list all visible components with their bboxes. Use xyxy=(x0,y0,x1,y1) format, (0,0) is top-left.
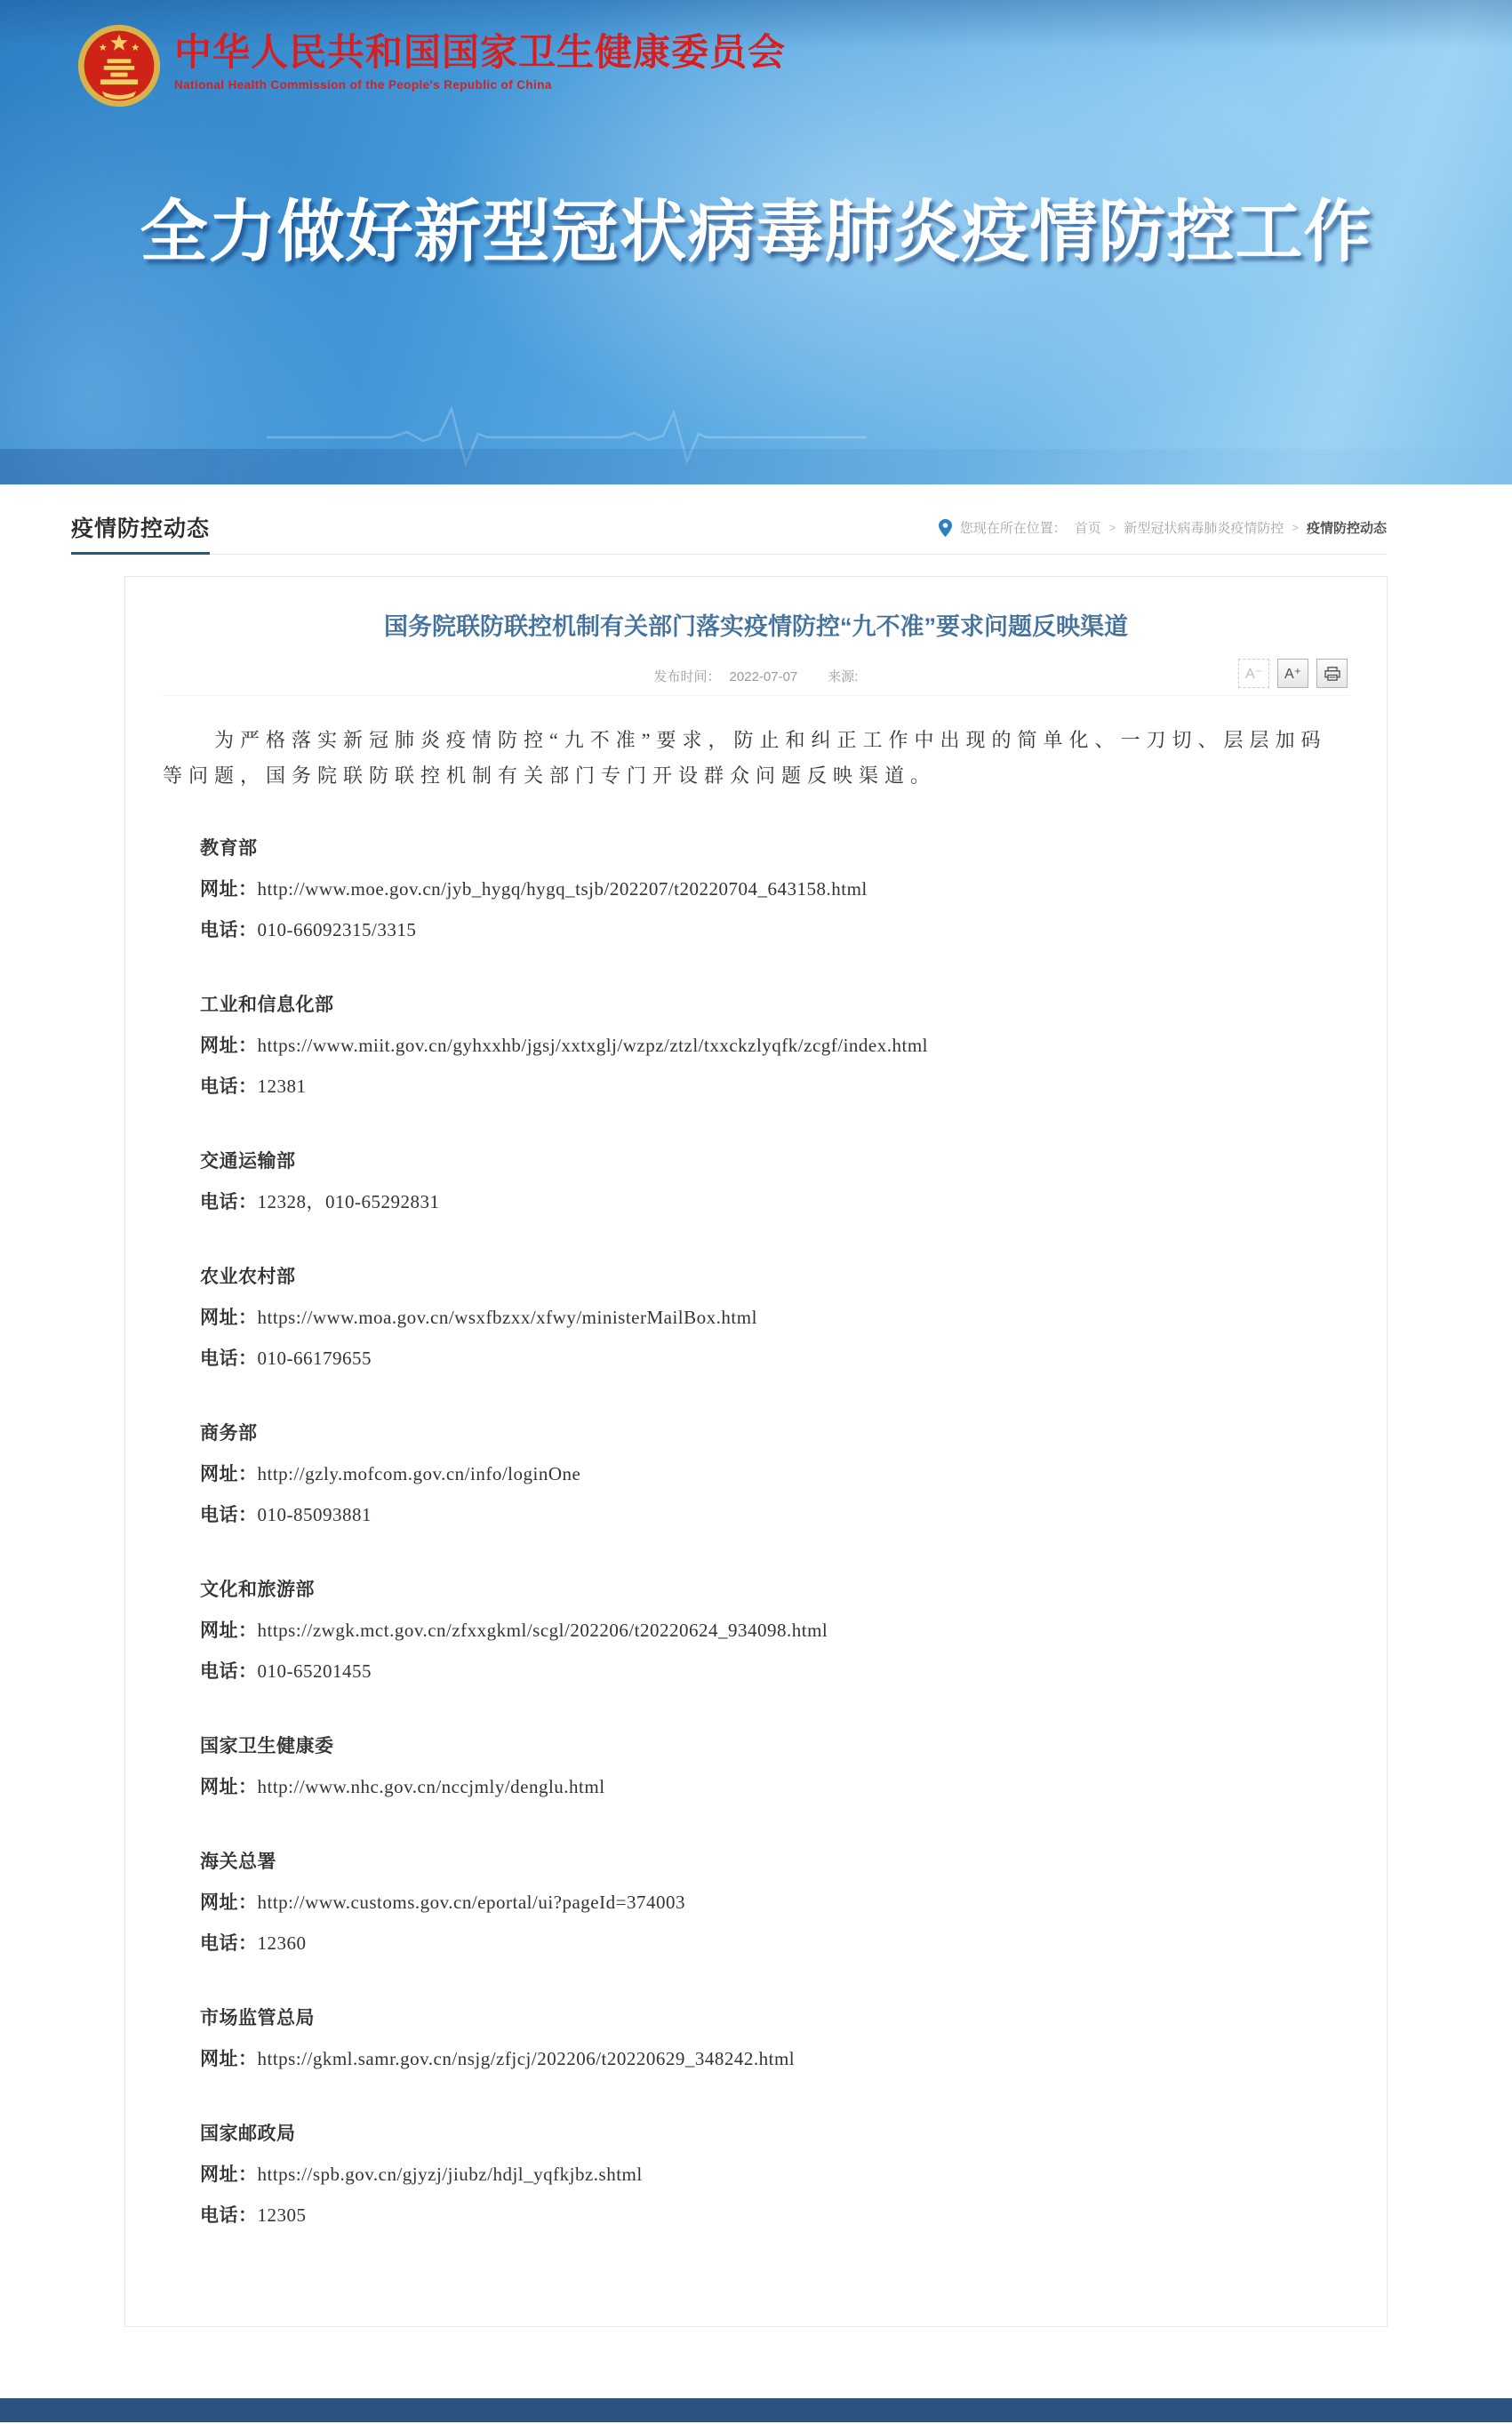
department-url-line: 网址：http://www.customs.gov.cn/eportal/ui?… xyxy=(163,1882,1349,1923)
content-area: 国务院联防联控机制有关部门落实疫情防控“九不准”要求问题反映渠道 发布时间：20… xyxy=(0,576,1512,2327)
breadcrumb-covid-section[interactable]: 新型冠状病毒肺炎疫情防控 xyxy=(1124,518,1284,537)
font-decrease-button[interactable]: A⁻ xyxy=(1238,659,1269,688)
print-button[interactable] xyxy=(1316,659,1348,688)
department-tel-line: 电话：12360 xyxy=(163,1923,1349,1964)
department-tel: 010-65201455 xyxy=(258,1660,372,1682)
tel-label: 电话： xyxy=(200,1076,258,1097)
url-label: 网址： xyxy=(200,878,258,900)
site-title-english: National Health Commission of the People… xyxy=(174,78,786,92)
department-list: 教育部 网址：http://www.moe.gov.cn/jyb_hygq/hy… xyxy=(163,828,1349,2236)
url-label: 网址： xyxy=(200,1307,258,1328)
department-tel-line: 电话：010-66179655 xyxy=(163,1338,1349,1379)
department-name: 市场监管总局 xyxy=(163,1997,1349,2038)
department-name: 国家邮政局 xyxy=(163,2113,1349,2154)
breadcrumb-location-label: 您现在所在位置： xyxy=(960,518,1067,537)
department-tel-line: 电话：12381 xyxy=(163,1066,1349,1107)
department-url: https://www.moa.gov.cn/wsxfbzxx/xfwy/min… xyxy=(258,1307,757,1328)
article-title: 国务院联防联控机制有关部门落实疫情防控“九不准”要求问题反映渠道 xyxy=(163,609,1349,644)
breadcrumb-separator: > xyxy=(1109,521,1116,534)
site-title: 中华人民共和国国家卫生健康委员会 xyxy=(174,30,786,75)
tel-label: 电话： xyxy=(200,1191,258,1212)
breadcrumb: 您现在所在位置： 首页 > 新型冠状病毒肺炎疫情防控 > 疫情防控动态 xyxy=(939,518,1387,537)
article-toolbar: A⁻ A⁺ xyxy=(1238,659,1348,688)
department-url: https://spb.gov.cn/gjyzj/jiubz/hdjl_yqfk… xyxy=(258,2164,643,2185)
article-meta-row: 发布时间：2022-07-07来源: A⁻ A⁺ xyxy=(163,664,1349,696)
department-url: http://gzly.mofcom.gov.cn/info/loginOne xyxy=(258,1463,581,1484)
hero-banner: 中华人民共和国国家卫生健康委员会 National Health Commiss… xyxy=(0,0,1512,484)
department-name: 工业和信息化部 xyxy=(163,984,1349,1025)
url-label: 网址： xyxy=(200,2048,258,2069)
footer-bar xyxy=(0,2398,1512,2422)
url-label: 网址： xyxy=(200,1620,258,1641)
department-block: 农业农村部 网址：https://www.moa.gov.cn/wsxfbzxx… xyxy=(163,1256,1349,1379)
department-url-line: 网址：https://spb.gov.cn/gjyzj/jiubz/hdjl_y… xyxy=(163,2154,1349,2195)
department-url: https://gkml.samr.gov.cn/nsjg/zfjcj/2022… xyxy=(258,2048,796,2069)
department-tel-line: 电话：12305 xyxy=(163,2195,1349,2236)
department-tel: 010-66179655 xyxy=(258,1348,372,1369)
department-tel: 12328，010-65292831 xyxy=(258,1191,440,1212)
department-tel-line: 电话：010-85093881 xyxy=(163,1494,1349,1535)
department-name: 国家卫生健康委 xyxy=(163,1725,1349,1766)
department-name: 交通运输部 xyxy=(163,1140,1349,1181)
department-tel-line: 电话：010-65201455 xyxy=(163,1651,1349,1692)
department-name: 教育部 xyxy=(163,828,1349,868)
department-tel: 12381 xyxy=(258,1076,307,1097)
department-block: 海关总署 网址：http://www.customs.gov.cn/eporta… xyxy=(163,1841,1349,1964)
site-header: 中华人民共和国国家卫生健康委员会 National Health Commiss… xyxy=(76,23,786,108)
department-url: http://www.customs.gov.cn/eportal/ui?pag… xyxy=(258,1892,685,1913)
banner-bottom-band xyxy=(0,449,1512,484)
publish-time-label: 发布时间： xyxy=(654,669,721,684)
tel-label: 电话： xyxy=(200,1932,258,1954)
department-tel: 12305 xyxy=(258,2204,307,2226)
article-intro-paragraph: 为严格落实新冠肺炎疫情防控“九不准”要求，防止和纠正工作中出现的简单化、一刀切、… xyxy=(163,723,1349,794)
department-tel: 010-66092315/3315 xyxy=(258,919,417,940)
tel-label: 电话： xyxy=(200,919,258,940)
department-url-line: 网址：https://zwgk.mct.gov.cn/zfxxgkml/scgl… xyxy=(163,1610,1349,1651)
tel-label: 电话： xyxy=(200,1660,258,1682)
department-url-line: 网址：https://gkml.samr.gov.cn/nsjg/zfjcj/2… xyxy=(163,2038,1349,2079)
tel-label: 电话： xyxy=(200,1348,258,1369)
department-tel-line: 电话：010-66092315/3315 xyxy=(163,909,1349,950)
department-block: 文化和旅游部 网址：https://zwgk.mct.gov.cn/zfxxgk… xyxy=(163,1569,1349,1692)
article-meta: 发布时间：2022-07-07来源: xyxy=(163,664,1349,691)
font-increase-button[interactable]: A⁺ xyxy=(1277,659,1308,688)
national-emblem-icon xyxy=(76,23,162,108)
department-block: 市场监管总局 网址：https://gkml.samr.gov.cn/nsjg/… xyxy=(163,1997,1349,2079)
department-tel: 010-85093881 xyxy=(258,1504,372,1525)
tel-label: 电话： xyxy=(200,2204,258,2226)
banner-title: 全力做好新型冠状病毒肺炎疫情防控工作 xyxy=(0,178,1512,275)
url-label: 网址： xyxy=(200,2164,258,2185)
footer-gap xyxy=(0,2327,1512,2398)
url-label: 网址： xyxy=(200,1776,258,1797)
article-card: 国务院联防联控机制有关部门落实疫情防控“九不准”要求问题反映渠道 发布时间：20… xyxy=(124,576,1388,2327)
department-name: 文化和旅游部 xyxy=(163,1569,1349,1610)
department-block: 国家邮政局 网址：https://spb.gov.cn/gjyzj/jiubz/… xyxy=(163,2113,1349,2236)
department-name: 海关总署 xyxy=(163,1841,1349,1882)
department-url-line: 网址：https://www.miit.gov.cn/gyhxxhb/jgsj/… xyxy=(163,1025,1349,1066)
breadcrumb-home[interactable]: 首页 xyxy=(1075,518,1101,537)
department-block: 交通运输部 电话：12328，010-65292831 xyxy=(163,1140,1349,1222)
department-url: https://www.miit.gov.cn/gyhxxhb/jgsj/xxt… xyxy=(258,1035,929,1056)
department-tel: 12360 xyxy=(258,1932,307,1954)
source-label: 来源: xyxy=(828,669,858,684)
breadcrumb-separator: > xyxy=(1292,521,1299,534)
department-block: 国家卫生健康委 网址：http://www.nhc.gov.cn/nccjmly… xyxy=(163,1725,1349,1807)
department-block: 工业和信息化部 网址：https://www.miit.gov.cn/gyhxx… xyxy=(163,984,1349,1107)
department-url: http://www.nhc.gov.cn/nccjmly/denglu.htm… xyxy=(258,1776,605,1797)
location-pin-icon xyxy=(939,519,952,537)
department-tel-line: 电话：12328，010-65292831 xyxy=(163,1181,1349,1222)
department-url-line: 网址：http://www.moe.gov.cn/jyb_hygq/hygq_t… xyxy=(163,868,1349,909)
department-block: 商务部 网址：http://gzly.mofcom.gov.cn/info/lo… xyxy=(163,1412,1349,1535)
url-label: 网址： xyxy=(200,1463,258,1484)
divider xyxy=(71,554,1387,555)
tel-label: 电话： xyxy=(200,1504,258,1525)
department-name: 商务部 xyxy=(163,1412,1349,1453)
url-label: 网址： xyxy=(200,1892,258,1913)
article-body: 为严格落实新冠肺炎疫情防控“九不准”要求，防止和纠正工作中出现的简单化、一刀切、… xyxy=(163,723,1349,2236)
subnav-bar: 疫情防控动态 您现在所在位置： 首页 > 新型冠状病毒肺炎疫情防控 > 疫情防控… xyxy=(0,484,1512,576)
department-url-line: 网址：https://www.moa.gov.cn/wsxfbzxx/xfwy/… xyxy=(163,1297,1349,1338)
department-url: http://www.moe.gov.cn/jyb_hygq/hygq_tsjb… xyxy=(258,878,868,900)
department-block: 教育部 网址：http://www.moe.gov.cn/jyb_hygq/hy… xyxy=(163,828,1349,950)
breadcrumb-current: 疫情防控动态 xyxy=(1307,518,1387,537)
department-url: https://zwgk.mct.gov.cn/zfxxgkml/scgl/20… xyxy=(258,1620,828,1641)
url-label: 网址： xyxy=(200,1035,258,1056)
publish-date: 2022-07-07 xyxy=(730,669,798,684)
printer-icon xyxy=(1324,667,1340,681)
page-title: 疫情防控动态 xyxy=(71,511,210,555)
department-name: 农业农村部 xyxy=(163,1256,1349,1297)
department-url-line: 网址：http://gzly.mofcom.gov.cn/info/loginO… xyxy=(163,1453,1349,1494)
department-url-line: 网址：http://www.nhc.gov.cn/nccjmly/denglu.… xyxy=(163,1766,1349,1807)
